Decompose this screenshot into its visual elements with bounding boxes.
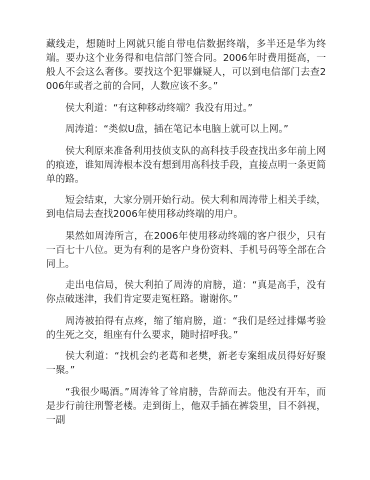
paragraph: 周涛道：“类似U盘，插在笔记本电脑上就可以上网。” (46, 123, 326, 137)
paragraph: 侯大利原来准备利用技侦支队的高科技手段查找出多年前上网的痕迹，谁知周涛根本没有想… (46, 145, 326, 187)
document-page: 藏线走，想随时上网就只能自带电信数据终端，多半还是华为终端。要办这个业务得和电信… (46, 38, 326, 435)
paragraph: 侯大利道：“有这种移动终端？我没有用过。” (46, 102, 326, 116)
paragraph: 短会结束，大家分别开始行动。侯大利和周涛带上相关手续，到电信局去查找2006年使… (46, 194, 326, 222)
paragraph: 周涛被拍得有点疼，缩了缩肩膀，道：“我们是经过排爆考验的生死之交，组座有什么要求… (46, 315, 326, 343)
paragraph: 侯大利道：“找机会约老葛和老樊，新老专案组成员得好好聚一聚。” (46, 350, 326, 378)
paragraph: “我很少喝酒。”周涛耸了耸肩膀，告辞而去。他没有开车，而是步行前往刑警老楼。走到… (46, 386, 326, 428)
paragraph: 走出电信局，侯大利拍了周涛的肩膀，道：“真是高手，没有你点破迷津，我们肯定要走冤… (46, 279, 326, 307)
paragraph: 果然如周涛所言，在2006年使用移动终端的客户很少，只有一百七十八位。更为有利的… (46, 230, 326, 272)
paragraph: 藏线走，想随时上网就只能自带电信数据终端，多半还是华为终端。要办这个业务得和电信… (46, 38, 326, 94)
